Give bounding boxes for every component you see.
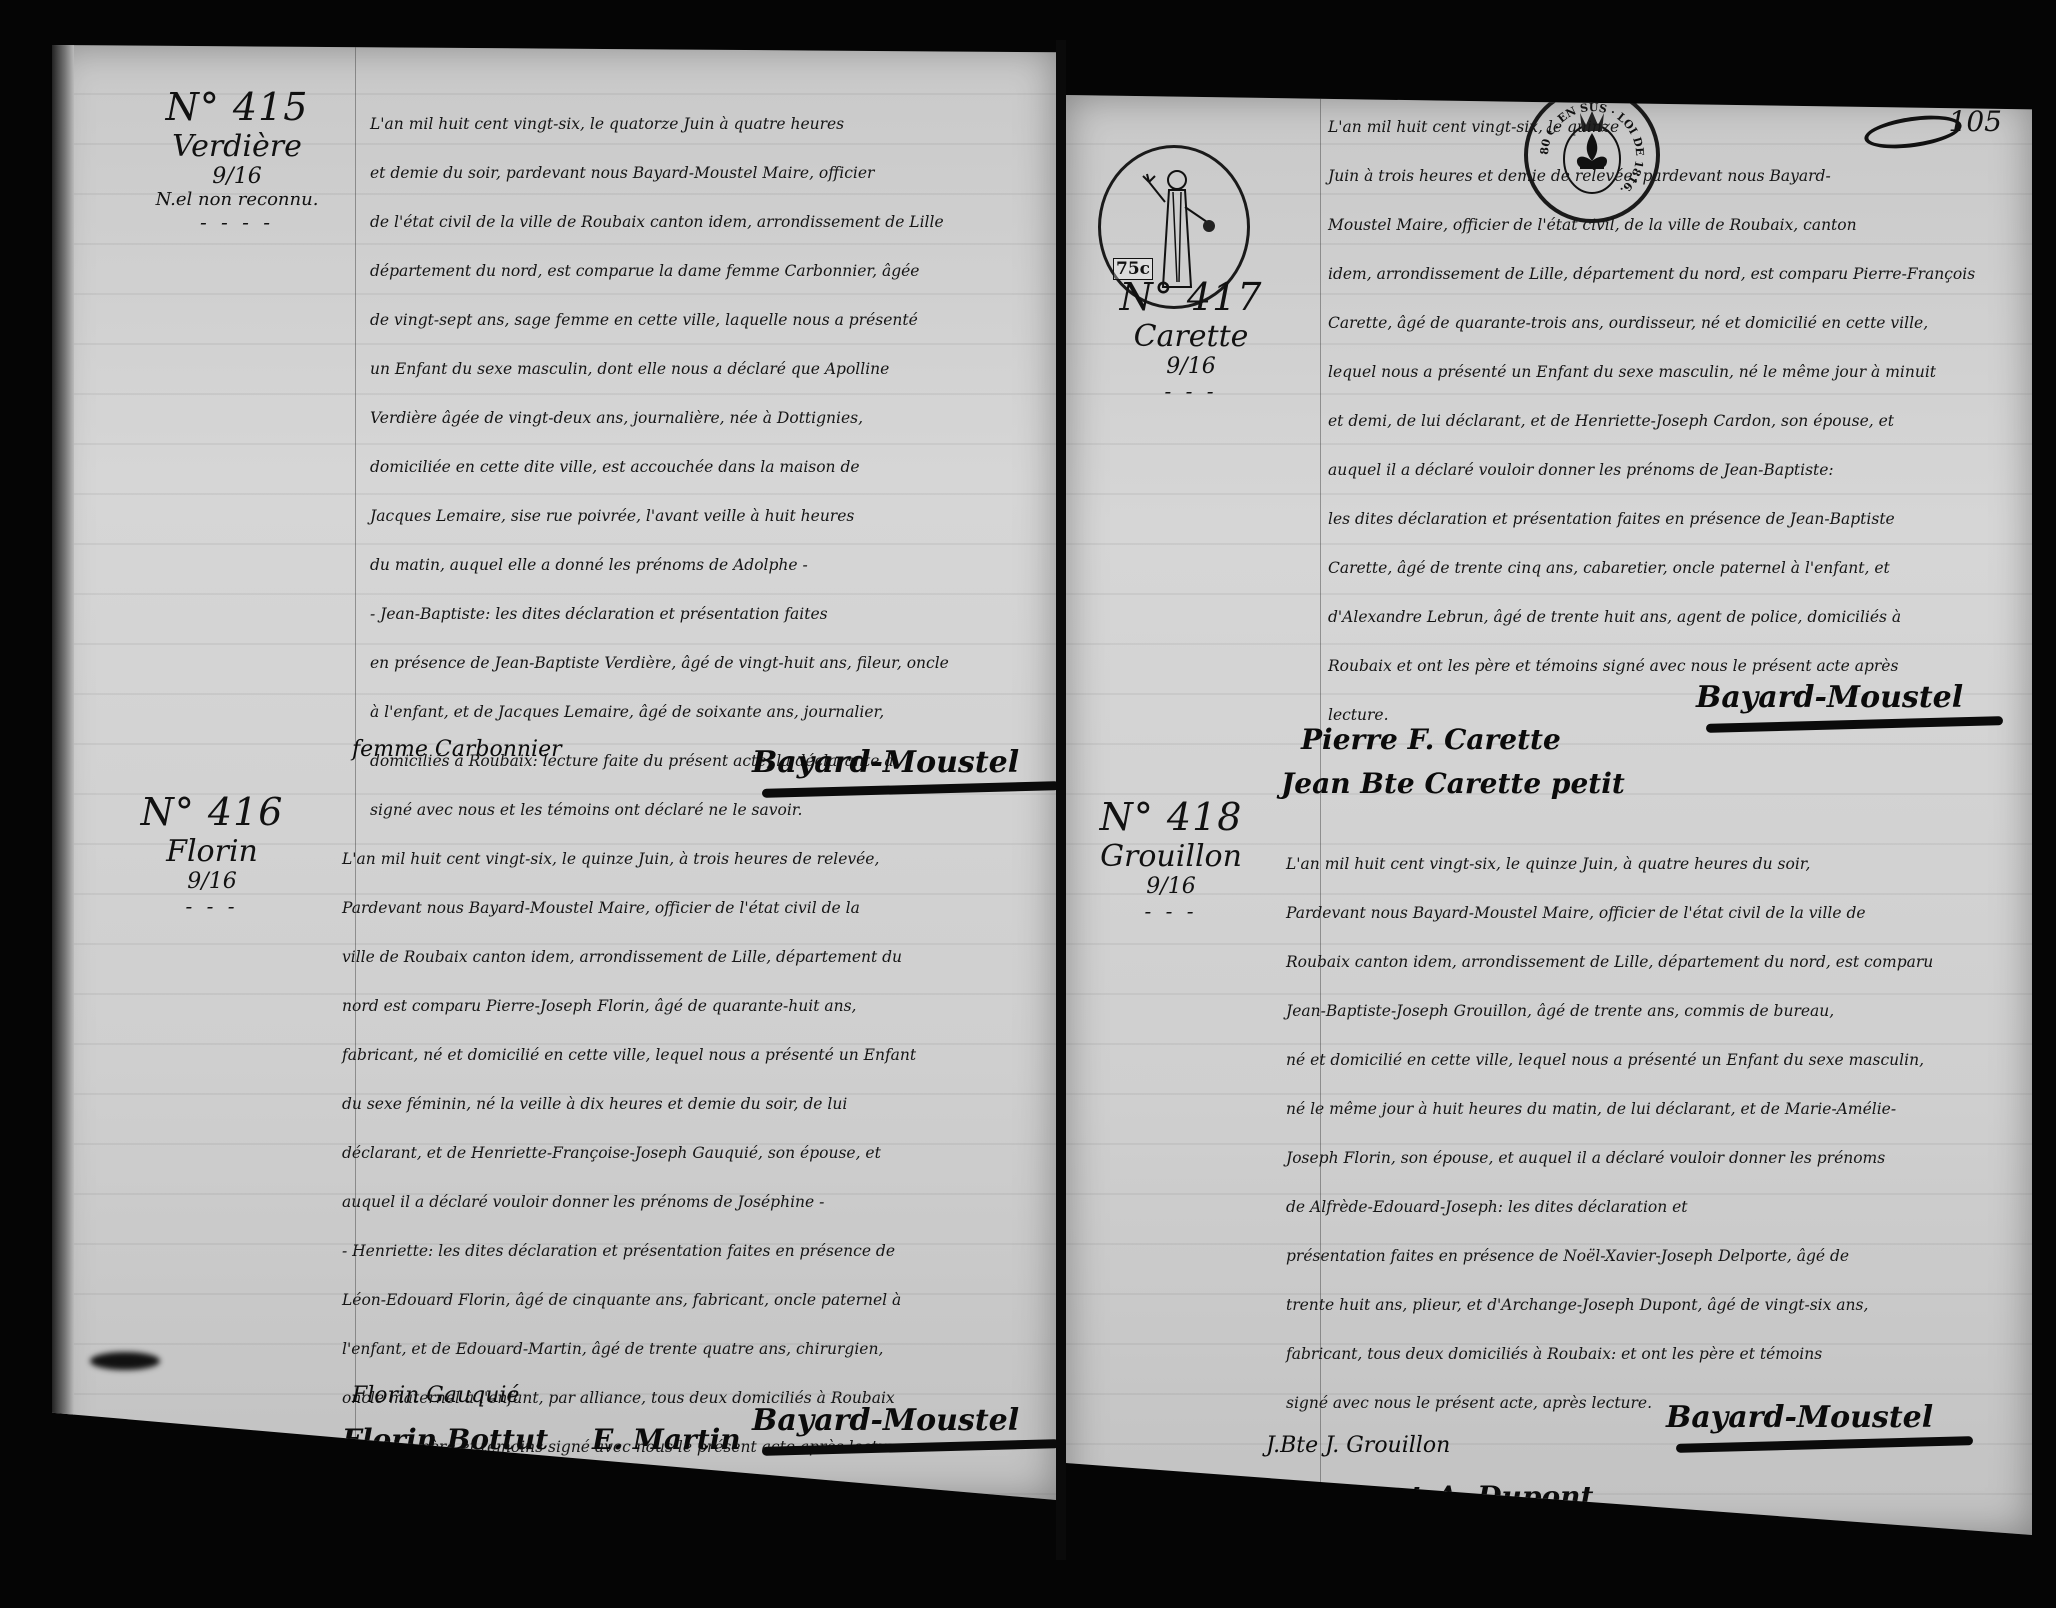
entry-417-margin: N° 417 Carette 9/16 - - - <box>1096 275 1286 403</box>
text-line: auquel il a déclaré vouloir donner les p… <box>1328 446 1975 495</box>
entry-417-text: L'an mil huit cent vingt-six, le quinze … <box>1328 103 1975 740</box>
text-line: L'an mil huit cent vingt-six, le quinze <box>1328 103 1975 152</box>
text-line: domiciliée en cette dite ville, est acco… <box>370 443 949 492</box>
text-line: Juin à trois heures et demie de relevée,… <box>1328 152 1975 201</box>
signature-mayor: Bayard-Moustel <box>752 1403 1019 1438</box>
signature-mayor: Bayard-Moustel <box>1666 1400 1933 1435</box>
entry-surname: Carette <box>1096 319 1286 354</box>
signature-grouillon: J.Bte J. Grouillon <box>1266 1433 1450 1458</box>
text-line: présentation faites en présence de Noël-… <box>1286 1232 1933 1281</box>
text-line: du matin, auquel elle a donné les prénom… <box>370 541 949 590</box>
entry-folio: 9/16 <box>112 869 312 894</box>
entry-415-text: L'an mil huit cent vingt-six, le quatorz… <box>370 100 949 835</box>
entry-folio: 9/16 <box>1071 874 1271 899</box>
entry-surname: Florin <box>112 834 312 869</box>
text-line: Roubaix canton idem, arrondissement de L… <box>1286 938 1933 987</box>
signature-florin-gauquie: Florin Gauquié <box>352 1383 519 1408</box>
signature-jean-baptiste-carette: Jean Bte Carette petit <box>1281 767 1625 800</box>
entry-418-text: L'an mil huit cent vingt-six, le quinze … <box>1286 840 1933 1428</box>
entry-surname: Verdière <box>122 129 352 164</box>
entry-dashes: - - - <box>1071 899 1271 923</box>
signature-midwife: femme Carbonnier <box>352 737 562 762</box>
ink-blot <box>90 1352 160 1370</box>
text-line: idem, arrondissement de Lille, départeme… <box>1328 250 1975 299</box>
text-line: en présence de Jean-Baptiste Verdière, â… <box>370 639 949 688</box>
signature-delporte: N. Delporte <box>1261 1480 1441 1513</box>
text-line: L'an mil huit cent vingt-six, le quinze … <box>1286 840 1933 889</box>
entry-folio: 9/16 <box>122 164 352 189</box>
book-binding <box>1056 40 1066 1560</box>
text-line: ville de Roubaix canton idem, arrondisse… <box>342 933 916 982</box>
signature-mayor: Bayard-Moustel <box>1696 680 1963 715</box>
text-line: trente huit ans, plieur, et d'Archange-J… <box>1286 1281 1933 1330</box>
text-line: Joseph Florin, son épouse, et auquel il … <box>1286 1134 1933 1183</box>
text-line: Jacques Lemaire, sise rue poivrée, l'ava… <box>370 492 949 541</box>
signature-pierre-carette: Pierre F. Carette <box>1301 723 1561 756</box>
text-line: nord est comparu Pierre-Joseph Florin, â… <box>342 982 916 1031</box>
text-line: les dites déclaration et présentation fa… <box>1328 495 1975 544</box>
signature-martin: E. Martin <box>592 1423 741 1456</box>
text-line: et demie du soir, pardevant nous Bayard-… <box>370 149 949 198</box>
entry-dashes: - - - - <box>122 210 352 234</box>
text-line: Jean-Baptiste-Joseph Grouillon, âgé de t… <box>1286 987 1933 1036</box>
text-line: fabricant, né et domicilié en cette vill… <box>342 1031 916 1080</box>
right-page: 75c 80 C. EN SUS · LOI DE 1816. 105 N° 4… <box>1066 95 2032 1535</box>
entry-number: N° 418 <box>1071 795 1271 839</box>
text-line: Carette, âgé de quarante-trois ans, ourd… <box>1328 299 1975 348</box>
text-line: Léon-Edouard Florin, âgé de cinquante an… <box>342 1276 916 1325</box>
text-line: L'an mil huit cent vingt-six, le quatorz… <box>370 100 949 149</box>
entry-note: N.el non reconnu. <box>122 189 352 210</box>
text-line: département du nord, est comparue la dam… <box>370 247 949 296</box>
signature-dupont: A. Dupont <box>1436 1480 1593 1513</box>
entry-number: N° 415 <box>122 85 352 129</box>
entry-418-margin: N° 418 Grouillon 9/16 - - - <box>1071 795 1271 923</box>
entry-dashes: - - - <box>1096 379 1286 403</box>
signature-mayor: Bayard-Moustel <box>752 745 1019 780</box>
text-line: de Alfrède-Edouard-Joseph: les dites déc… <box>1286 1183 1933 1232</box>
text-line: fabricant, tous deux domiciliés à Roubai… <box>1286 1330 1933 1379</box>
entry-416-margin: N° 416 Florin 9/16 - - - <box>112 790 312 918</box>
entry-surname: Grouillon <box>1071 839 1271 874</box>
text-line: auquel il a déclaré vouloir donner les p… <box>342 1178 916 1227</box>
entry-number: N° 417 <box>1096 275 1286 319</box>
entry-number: N° 416 <box>112 790 312 834</box>
text-line: d'Alexandre Lebrun, âgé de trente huit a… <box>1328 593 1975 642</box>
text-line: Moustel Maire, officier de l'état civil,… <box>1328 201 1975 250</box>
text-line: de l'état civil de la ville de Roubaix c… <box>370 198 949 247</box>
entry-416-text: L'an mil huit cent vingt-six, le quinze … <box>342 835 916 1472</box>
signature-florin-bottut: Florin Bottut <box>342 1423 548 1456</box>
text-line: Pardevant nous Bayard-Moustel Maire, off… <box>342 884 916 933</box>
text-line: né le même jour à huit heures du matin, … <box>1286 1085 1933 1134</box>
text-line: et demi, de lui déclarant, et de Henriet… <box>1328 397 1975 446</box>
entry-415-margin: N° 415 Verdière 9/16 N.el non reconnu. -… <box>122 85 352 234</box>
text-line: de vingt-sept ans, sage femme en cette v… <box>370 296 949 345</box>
page-edge <box>52 45 74 1500</box>
text-line: né et domicilié en cette ville, lequel n… <box>1286 1036 1933 1085</box>
entry-folio: 9/16 <box>1096 354 1286 379</box>
text-line: - Henriette: les dites déclaration et pr… <box>342 1227 916 1276</box>
text-line: déclarant, et de Henriette-Françoise-Jos… <box>342 1129 916 1178</box>
text-line: - Jean-Baptiste: les dites déclaration e… <box>370 590 949 639</box>
text-line: à l'enfant, et de Jacques Lemaire, âgé d… <box>370 688 949 737</box>
entry-dashes: - - - <box>112 894 312 918</box>
text-line: Pardevant nous Bayard-Moustel Maire, off… <box>1286 889 1933 938</box>
text-line: lequel nous a présenté un Enfant du sexe… <box>1328 348 1975 397</box>
text-line: un Enfant du sexe masculin, dont elle no… <box>370 345 949 394</box>
text-line: L'an mil huit cent vingt-six, le quinze … <box>342 835 916 884</box>
text-line: Verdière âgée de vingt-deux ans, journal… <box>370 394 949 443</box>
left-page: N° 415 Verdière 9/16 N.el non reconnu. -… <box>52 45 1056 1500</box>
text-line: du sexe féminin, né la veille à dix heur… <box>342 1080 916 1129</box>
text-line: Carette, âgé de trente cinq ans, cabaret… <box>1328 544 1975 593</box>
text-line: l'enfant, et de Edouard-Martin, âgé de t… <box>342 1325 916 1374</box>
